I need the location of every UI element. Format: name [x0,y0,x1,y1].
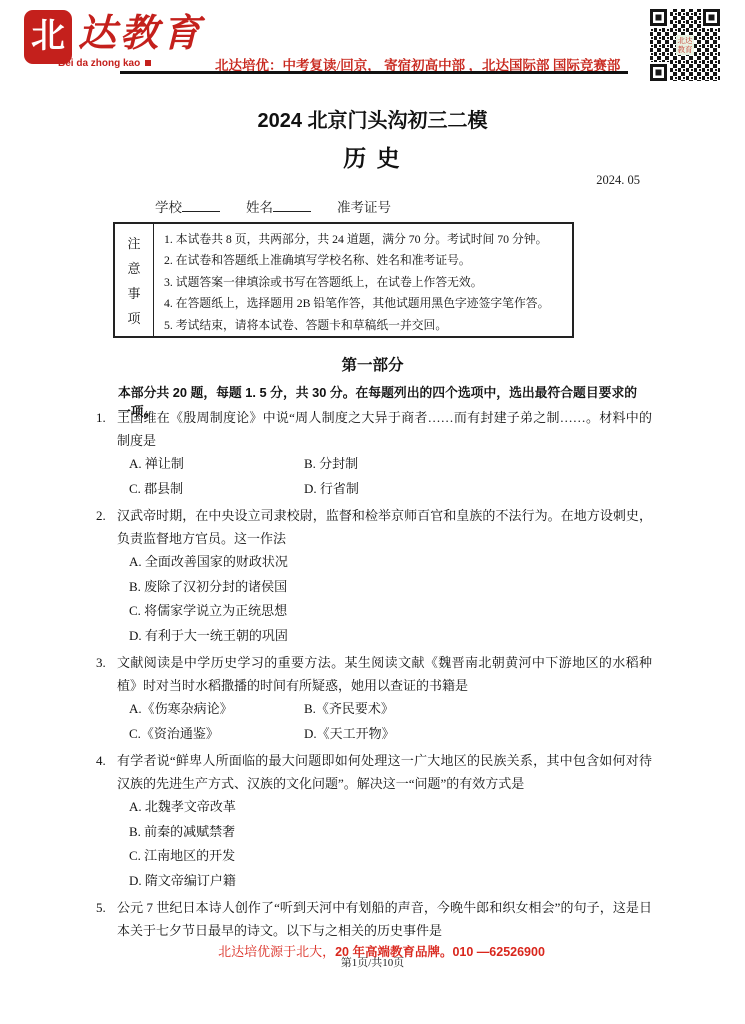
option-d: D. 有利于大一统王朝的巩固 [117,624,652,649]
header-rule [120,71,628,74]
name-blank [273,198,311,212]
notice-item: 3. 试题答案一律填涂或书写在答题纸上，在试卷上作答无效。 [164,272,572,293]
page-number: 第1页/共10页 [0,954,745,970]
notice-box: 注 意 事 项 1. 本试卷共 8 页，共两部分，共 24 道题，满分 70 分… [113,222,574,338]
question-options: A. 禅让制 B. 分封制 C. 郡县制 D. 行省制 [117,452,652,501]
question-stem: 王国维在《殷周制度论》中说“周人制度之大异于商者……而有封建子弟之制……。材料中… [117,406,652,452]
option-c: C. 江南地区的开发 [117,844,652,869]
notice-item: 4. 在答题纸上，选择题用 2B 铅笔作答，其他试题用黑色字迹签字笔作答。 [164,293,572,314]
question-list: 1. 王国维在《殷周制度论》中说“周人制度之大异于商者……而有封建子弟之制……。… [96,406,652,945]
header: 北 达教育 Bei da zhong kao 北达培优：中考复读/回京， 寄宿初… [0,10,745,82]
qr-center-text-bottom: 教育 [678,44,693,54]
question-number: 1. [96,406,117,501]
notice-heading-char: 事 [127,283,140,302]
question-number: 4. [96,749,117,893]
question-stem: 文献阅读是中学历史学习的重要方法。某生阅读文献《魏晋南北朝黄河中下游地区的水稻种… [117,651,652,697]
question-stem: 汉武帝时期，在中央设立司隶校尉，监督和检举京师百官和皇族的不法行为。在地方设刺史… [117,504,652,550]
notice-heading-char: 项 [127,308,140,327]
brand-logo-subtext-text: Bei da zhong kao [58,58,140,69]
question-2: 2. 汉武帝时期，在中央设立司隶校尉，监督和检举京师百官和皇族的不法行为。在地方… [96,504,652,648]
exam-date: 2024. 05 [596,173,640,188]
notice-heading-char: 注 [127,233,140,252]
brand-square-icon [145,60,151,66]
brand-seal-icon: 北 [26,12,70,62]
school-blank [182,198,220,212]
brand-logo: 北 达教育 [26,12,204,62]
option-d: D. 行省制 [304,477,652,502]
question-number: 2. [96,504,117,648]
footer-slogan-regular: 北达培优源于北大， [218,944,335,959]
notice-items: 1. 本试卷共 8 页，共两部分，共 24 道题，满分 70 分。考试时间 70… [154,224,572,336]
question-options: A. 全面改善国家的财政状况 B. 废除了汉初分封的诸侯国 C. 将儒家学说立为… [117,550,652,648]
exam-paper-page: 北 达教育 Bei da zhong kao 北达培优：中考复读/回京， 寄宿初… [0,0,745,1024]
option-b: B. 前秦的减赋禁奢 [117,820,652,845]
question-1: 1. 王国维在《殷周制度论》中说“周人制度之大异于商者……而有封建子弟之制……。… [96,406,652,501]
option-c: C.《资治通鉴》 [129,722,304,747]
option-b: B. 分封制 [304,452,652,477]
school-label: 学校 [155,200,182,215]
exam-title: 2024 北京门头沟初三二模 [0,104,745,133]
question-stem: 有学者说“鲜卑人所面临的最大问题即如何处理这一广大地区的民族关系，其中包含如何对… [117,749,652,795]
option-b: B. 废除了汉初分封的诸侯国 [117,575,652,600]
option-d: D. 隋文帝编订户籍 [117,869,652,894]
notice-heading-char: 意 [127,258,140,277]
question-number: 5. [96,896,117,942]
brand-logo-subtext: Bei da zhong kao [58,58,151,69]
page-footer: 北达培优源于北大，20 年高端教育品牌。010 —62526900 第1页/共1… [0,941,745,970]
question-options: A.《伤寒杂病论》 B.《齐民要术》 C.《资治通鉴》 D.《天工开物》 [117,697,652,746]
option-a: A. 禅让制 [129,452,304,477]
part-one-title: 第一部分 [0,353,745,375]
question-stem: 公元 7 世纪日本诗人创作了“听到天河中有划船的声音，今晚牛郎和织女相会”的句子… [117,896,652,942]
option-b: B.《齐民要术》 [304,697,652,722]
name-label: 姓名 [246,200,273,215]
option-c: C. 郡县制 [129,477,304,502]
question-3: 3. 文献阅读是中学历史学习的重要方法。某生阅读文献《魏晋南北朝黄河中下游地区的… [96,651,652,746]
footer-phone: 010 —62526900 [452,945,544,959]
option-a: A.《伤寒杂病论》 [129,697,304,722]
exam-subject: 历 史 [0,140,745,173]
notice-item: 1. 本试卷共 8 页，共两部分，共 24 道题，满分 70 分。考试时间 70… [164,229,572,250]
notice-item: 5. 考试结束，请将本试卷、答题卡和草稿纸一并交回。 [164,315,572,336]
qr-code-icon: 北达 教育 [649,8,721,82]
exam-id-label: 准考证号 [337,200,391,215]
qr-center-text-top: 北达 [678,35,693,45]
option-d: D.《天工开物》 [304,722,652,747]
notice-item: 2. 在试卷和答题纸上准确填写学校名称、姓名和准考证号。 [164,250,572,271]
option-a: A. 全面改善国家的财政状况 [117,550,652,575]
question-5: 5. 公元 7 世纪日本诗人创作了“听到天河中有划船的声音，今晚牛郎和织女相会”… [96,896,652,942]
brand-logo-text: 达教育 [78,12,204,56]
option-c: C. 将儒家学说立为正统思想 [117,599,652,624]
candidate-info-line: 学校姓名准考证号 [155,196,391,216]
question-options: A. 北魏孝文帝改革 B. 前秦的减赋禁奢 C. 江南地区的开发 D. 隋文帝编… [117,795,652,893]
notice-heading: 注 意 事 项 [115,224,154,336]
question-4: 4. 有学者说“鲜卑人所面临的最大问题即如何处理这一广大地区的民族关系，其中包含… [96,749,652,893]
option-a: A. 北魏孝文帝改革 [117,795,652,820]
question-number: 3. [96,651,117,746]
